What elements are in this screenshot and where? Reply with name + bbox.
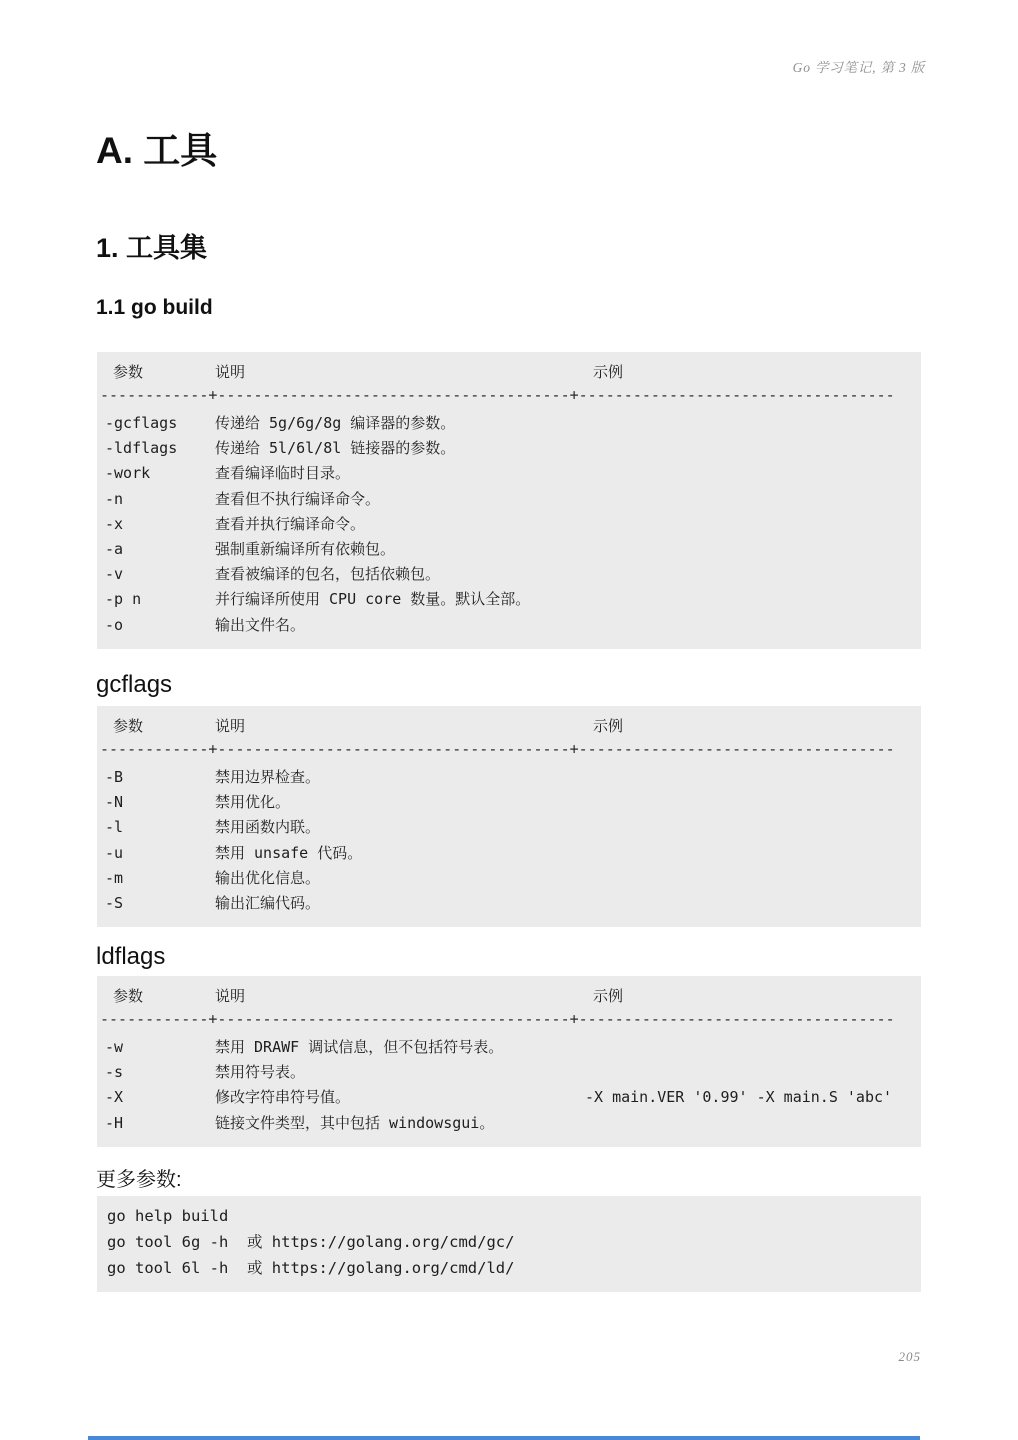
row-param: -H	[105, 1111, 123, 1136]
col-header-param: 参数	[113, 714, 143, 738]
row-param: -l	[105, 815, 123, 840]
table-row: -N 禁用优化。	[97, 790, 921, 815]
code-line: go help build	[97, 1203, 921, 1229]
table-header-row: 参数 说明 示例	[97, 714, 921, 738]
row-desc: 禁用符号表。	[215, 1060, 305, 1085]
table-header-row: 参数 说明 示例	[97, 360, 921, 384]
col-header-desc: 说明	[215, 984, 245, 1008]
row-desc: 禁用函数内联。	[215, 815, 320, 840]
row-desc: 禁用边界检查。	[215, 765, 320, 790]
table-row: -H 链接文件类型，其中包括 windowsgui。	[97, 1111, 921, 1136]
row-param: -X	[105, 1085, 123, 1110]
row-param: -a	[105, 537, 123, 562]
table-row: -x 查看并执行编译命令。	[97, 512, 921, 537]
table-row: -X 修改字符串符号值。 -X main.VER '0.99' -X main.…	[97, 1085, 921, 1110]
page-number: 205	[899, 1349, 922, 1365]
col-header-param: 参数	[113, 984, 143, 1008]
gcflags-table: 参数 说明 示例 ------------+------------------…	[97, 706, 921, 927]
table-body: -w 禁用 DRAWF 调试信息，但不包括符号表。 -s 禁用符号表。 -X 修…	[97, 1035, 921, 1147]
col-header-example: 示例	[593, 714, 623, 738]
table-row: -S 输出汇编代码。	[97, 891, 921, 916]
table-header-row: 参数 说明 示例	[97, 984, 921, 1008]
table-row: -v 查看被编译的包名，包括依赖包。	[97, 562, 921, 587]
document-page: Go 学习笔记, 第 3 版 A. 工具 1. 工具集 1.1 go build…	[0, 0, 1018, 1440]
row-param: -s	[105, 1060, 123, 1085]
row-desc: 查看但不执行编译命令。	[215, 487, 380, 512]
row-param: -ldflags	[105, 436, 177, 461]
table-row: -gcflags 传递给 5g/6g/8g 编译器的参数。	[97, 411, 921, 436]
row-desc: 禁用优化。	[215, 790, 290, 815]
row-desc: 并行编译所使用 CPU core 数量。默认全部。	[215, 587, 530, 612]
table-row: -l 禁用函数内联。	[97, 815, 921, 840]
ldflags-table: 参数 说明 示例 ------------+------------------…	[97, 976, 921, 1147]
row-desc: 强制重新编译所有依赖包。	[215, 537, 395, 562]
running-header: Go 学习笔记, 第 3 版	[793, 56, 925, 76]
table-body: -gcflags 传递给 5g/6g/8g 编译器的参数。 -ldflags 传…	[97, 411, 921, 649]
col-header-example: 示例	[593, 360, 623, 384]
table-row: -work 查看编译临时目录。	[97, 461, 921, 486]
row-param: -S	[105, 891, 123, 916]
table-row: -n 查看但不执行编译命令。	[97, 487, 921, 512]
row-param: -x	[105, 512, 123, 537]
col-header-example: 示例	[593, 984, 623, 1008]
table-row: -p n 并行编译所使用 CPU core 数量。默认全部。	[97, 587, 921, 612]
appendix-title: A. 工具	[96, 131, 217, 172]
section-title: 1. 工具集	[96, 234, 207, 264]
row-param: -o	[105, 613, 123, 638]
more-params-code-block: go help build go tool 6g -h 或 https://go…	[97, 1196, 921, 1292]
row-param: -p n	[105, 587, 141, 612]
row-param: -work	[105, 461, 150, 486]
footer-accent-bar	[88, 1436, 920, 1440]
row-desc: 传递给 5l/6l/8l 链接器的参数。	[215, 436, 455, 461]
row-param: -m	[105, 866, 123, 891]
table-row: -u 禁用 unsafe 代码。	[97, 841, 921, 866]
table-divider: ------------+---------------------------…	[97, 738, 921, 760]
col-header-param: 参数	[113, 360, 143, 384]
row-desc: 查看并执行编译命令。	[215, 512, 365, 537]
row-param: -u	[105, 841, 123, 866]
row-desc: 输出文件名。	[215, 613, 305, 638]
table-row: -B 禁用边界检查。	[97, 765, 921, 790]
subsection-title: 1.1 go build	[96, 296, 213, 319]
row-param: -N	[105, 790, 123, 815]
table-divider: ------------+---------------------------…	[97, 1008, 921, 1030]
row-desc: 传递给 5g/6g/8g 编译器的参数。	[215, 411, 455, 436]
table-row: -a 强制重新编译所有依赖包。	[97, 537, 921, 562]
row-desc: 输出优化信息。	[215, 866, 320, 891]
row-param: -gcflags	[105, 411, 177, 436]
row-param: -B	[105, 765, 123, 790]
table-row: -ldflags 传递给 5l/6l/8l 链接器的参数。	[97, 436, 921, 461]
row-param: -n	[105, 487, 123, 512]
col-header-desc: 说明	[215, 360, 245, 384]
row-param: -v	[105, 562, 123, 587]
col-header-desc: 说明	[215, 714, 245, 738]
row-example: -X main.VER '0.99' -X main.S 'abc'	[585, 1085, 892, 1110]
table-row: -o 输出文件名。	[97, 613, 921, 638]
row-desc: 查看编译临时目录。	[215, 461, 350, 486]
table-divider: ------------+---------------------------…	[97, 384, 921, 406]
table-row: -w 禁用 DRAWF 调试信息，但不包括符号表。	[97, 1035, 921, 1060]
table-body: -B 禁用边界检查。 -N 禁用优化。 -l 禁用函数内联。 -u 禁用 uns…	[97, 765, 921, 927]
row-param: -w	[105, 1035, 123, 1060]
row-desc: 禁用 unsafe 代码。	[215, 841, 362, 866]
table-row: -m 输出优化信息。	[97, 866, 921, 891]
code-line: go tool 6l -h 或 https://golang.org/cmd/l…	[97, 1255, 921, 1281]
code-line: go tool 6g -h 或 https://golang.org/cmd/g…	[97, 1229, 921, 1255]
row-desc: 修改字符串符号值。	[215, 1085, 350, 1110]
row-desc: 禁用 DRAWF 调试信息，但不包括符号表。	[215, 1035, 503, 1060]
ldflags-heading: ldflags	[96, 944, 165, 970]
row-desc: 链接文件类型，其中包括 windowsgui。	[215, 1111, 494, 1136]
gcflags-heading: gcflags	[96, 672, 172, 698]
row-desc: 查看被编译的包名，包括依赖包。	[215, 562, 440, 587]
go-build-table: 参数 说明 示例 ------------+------------------…	[97, 352, 921, 649]
row-desc: 输出汇编代码。	[215, 891, 320, 916]
table-row: -s 禁用符号表。	[97, 1060, 921, 1085]
more-params-label: 更多参数:	[96, 1163, 182, 1192]
